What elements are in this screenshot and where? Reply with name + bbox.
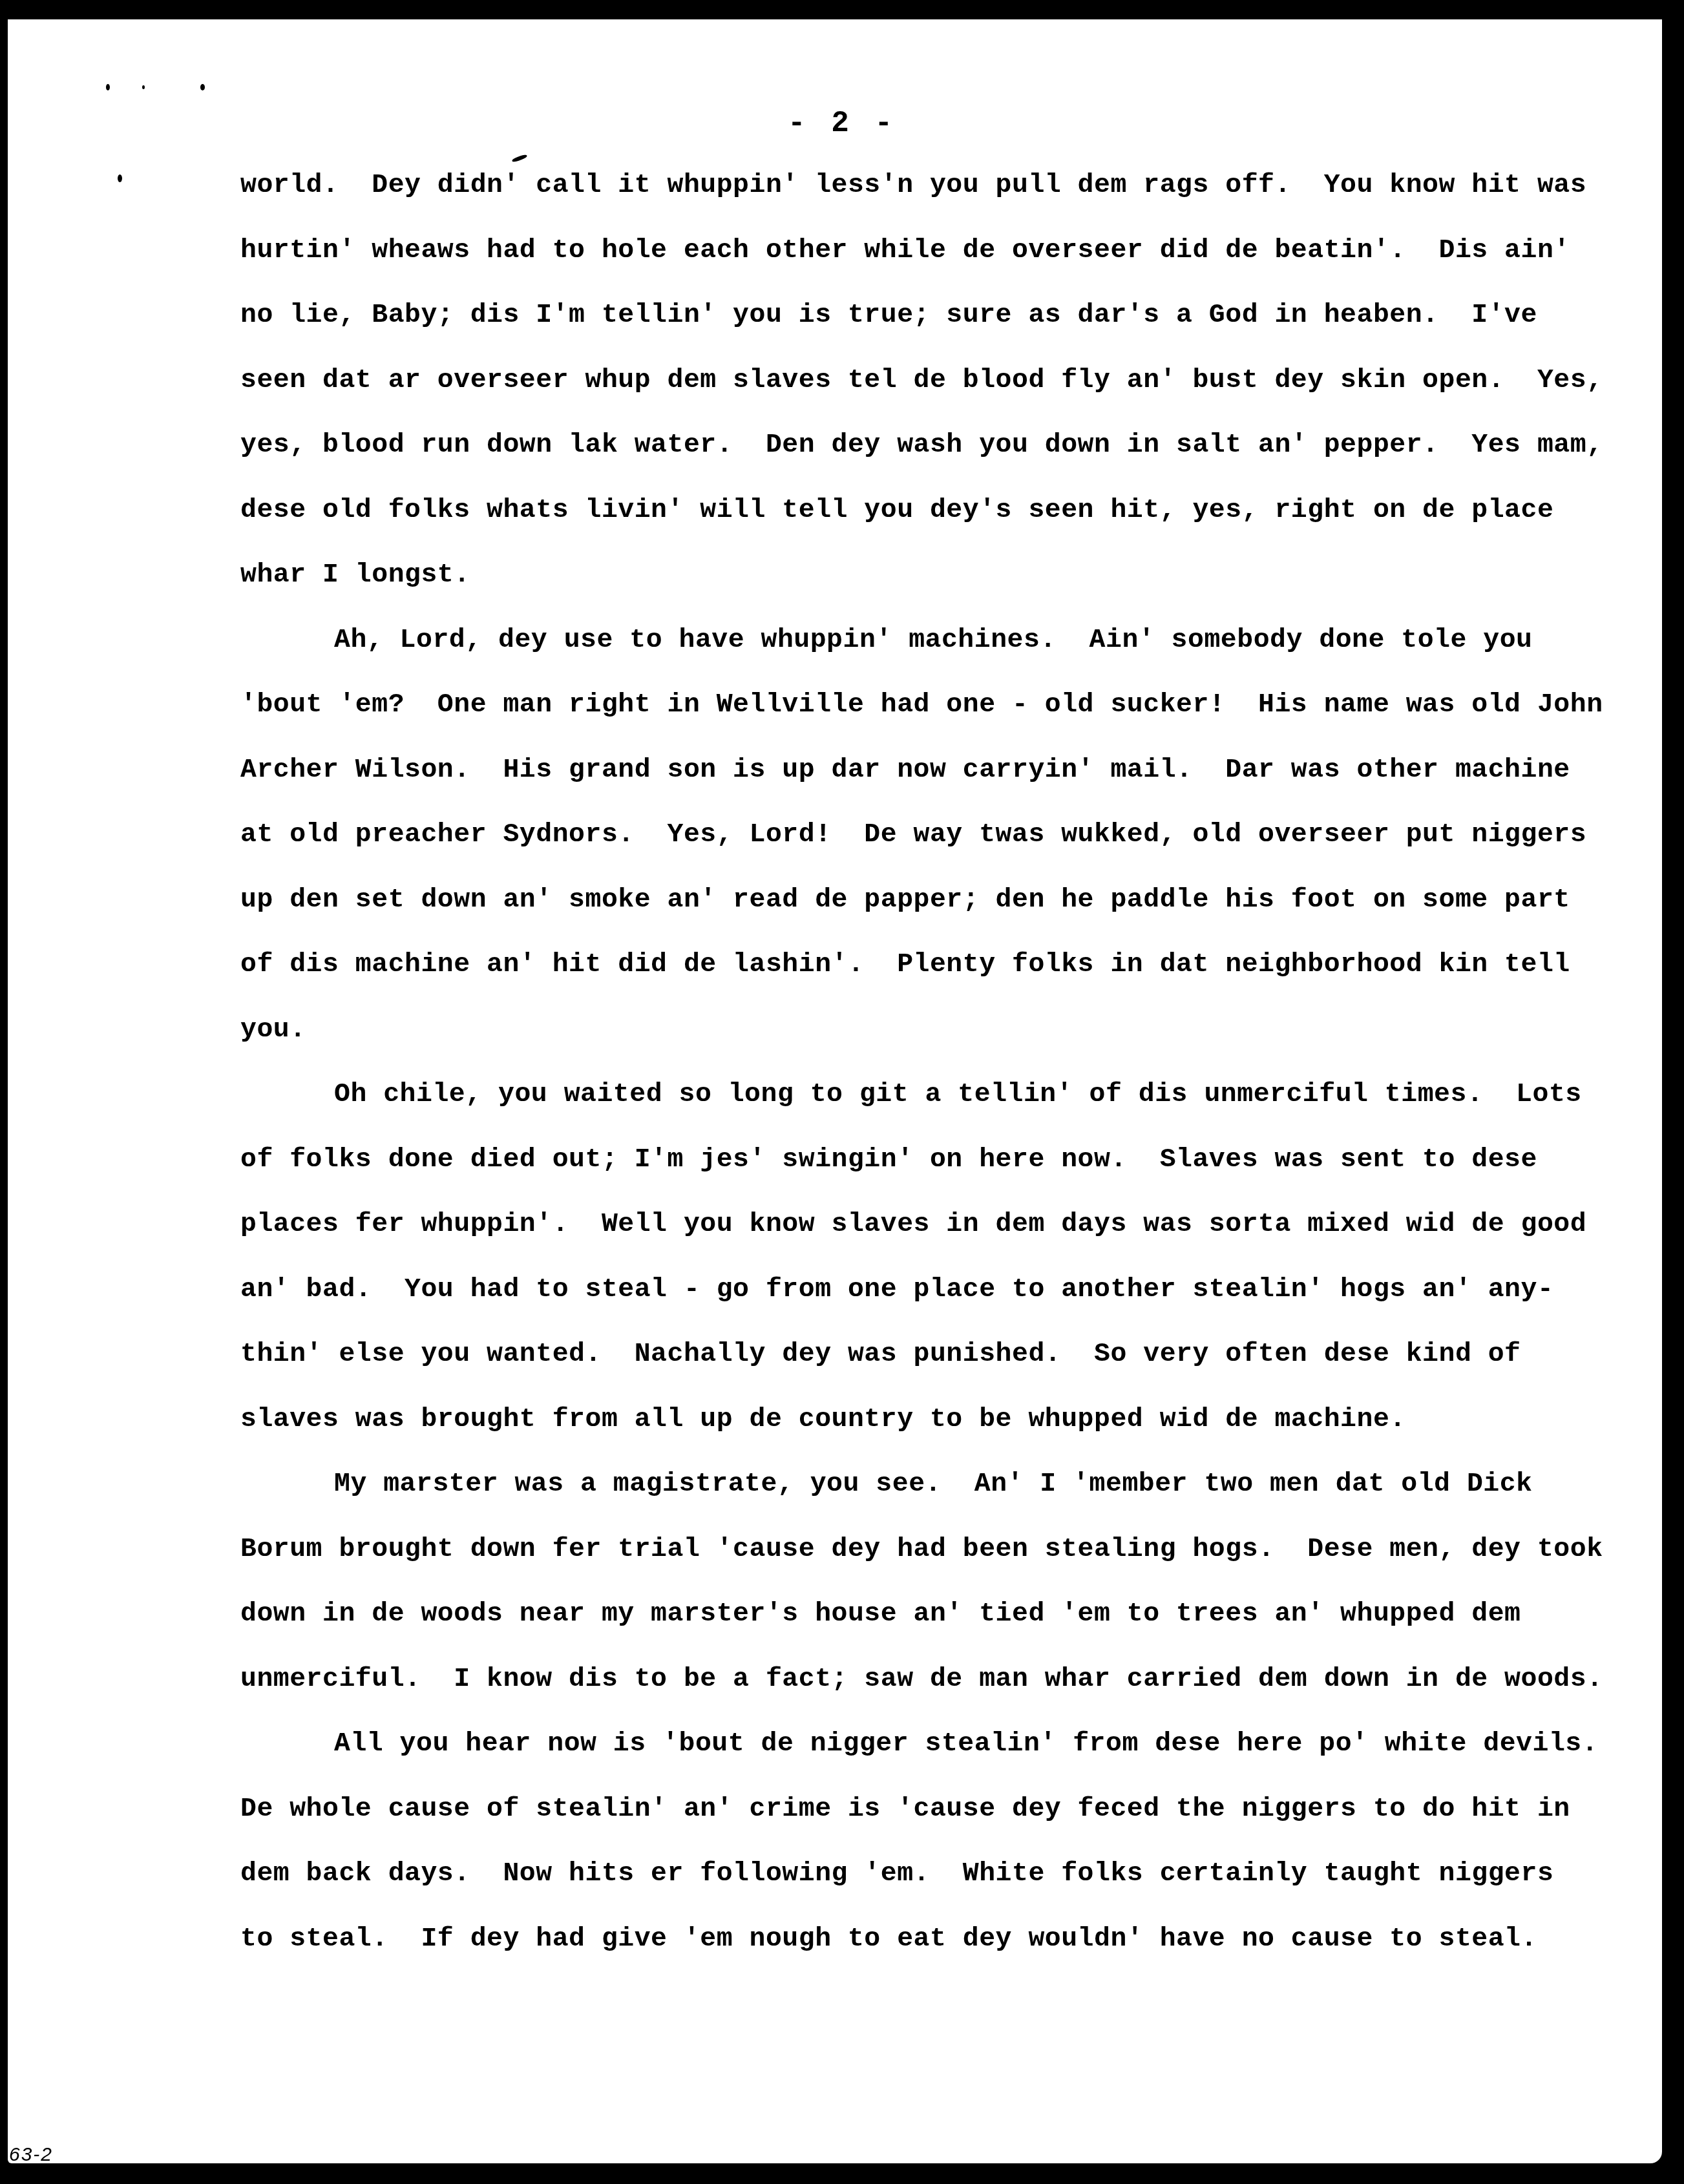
paragraph: All you hear now is 'bout de nigger stea…	[240, 1728, 1610, 1988]
text-line: dem back days. Now hits er following 'em…	[240, 1858, 1610, 1923]
paragraph: Ah, Lord, dey use to have whuppin' machi…	[240, 624, 1610, 1079]
text-line: no lie, Baby; dis I'm tellin' you is tru…	[240, 299, 1610, 364]
text-line: unmerciful. I know dis to be a fact; saw…	[240, 1663, 1610, 1728]
text-line: world. Dey didn' call it whuppin' less'n…	[240, 169, 1610, 235]
text-line: thin' else you wanted. Nachally dey was …	[240, 1338, 1610, 1403]
document-body: world. Dey didn' call it whuppin' less'n…	[240, 169, 1610, 1988]
text-line: Ah, Lord, dey use to have whuppin' machi…	[240, 624, 1610, 689]
page-number: - 2 -	[0, 107, 1684, 140]
text-line: down in de woods near my marster's house…	[240, 1598, 1610, 1663]
text-line: whar I longst.	[240, 559, 1610, 624]
scan-speck	[106, 84, 110, 90]
scan-speck	[512, 154, 528, 163]
text-line: places fer whuppin'. Well you know slave…	[240, 1208, 1610, 1274]
text-line: 'bout 'em? One man right in Wellville ha…	[240, 689, 1610, 754]
text-line: All you hear now is 'bout de nigger stea…	[240, 1728, 1610, 1793]
text-line: to steal. If dey had give 'em nough to e…	[240, 1923, 1610, 1988]
text-line: up den set down an' smoke an' read de pa…	[240, 884, 1610, 949]
scan-speck	[200, 84, 205, 90]
text-line: My marster was a magistrate, you see. An…	[240, 1468, 1610, 1533]
text-line: Archer Wilson. His grand son is up dar n…	[240, 754, 1610, 819]
paragraph: Oh chile, you waited so long to git a te…	[240, 1078, 1610, 1468]
text-line: Borum brought down fer trial 'cause dey …	[240, 1533, 1610, 1599]
text-line: you.	[240, 1014, 1610, 1079]
scan-speck	[118, 174, 122, 182]
paragraph: world. Dey didn' call it whuppin' less'n…	[240, 169, 1610, 624]
text-line: hurtin' wheaws had to hole each other wh…	[240, 235, 1610, 300]
text-line: of dis machine an' hit did de lashin'. P…	[240, 949, 1610, 1014]
text-line: dese old folks whats livin' will tell yo…	[240, 494, 1610, 560]
scan-speck	[142, 85, 145, 89]
paragraph: My marster was a magistrate, you see. An…	[240, 1468, 1610, 1728]
text-line: of folks done died out; I'm jes' swingin…	[240, 1144, 1610, 1209]
text-line: at old preacher Sydnors. Yes, Lord! De w…	[240, 819, 1610, 884]
handwritten-margin-note: 63-2	[9, 2144, 53, 2166]
text-line: yes, blood run down lak water. Den dey w…	[240, 429, 1610, 494]
text-line: slaves was brought from all up de countr…	[240, 1403, 1610, 1469]
text-line: seen dat ar overseer whup dem slaves tel…	[240, 364, 1610, 430]
text-line: De whole cause of stealin' an' crime is …	[240, 1793, 1610, 1858]
text-line: Oh chile, you waited so long to git a te…	[240, 1078, 1610, 1144]
text-line: an' bad. You had to steal - go from one …	[240, 1274, 1610, 1339]
